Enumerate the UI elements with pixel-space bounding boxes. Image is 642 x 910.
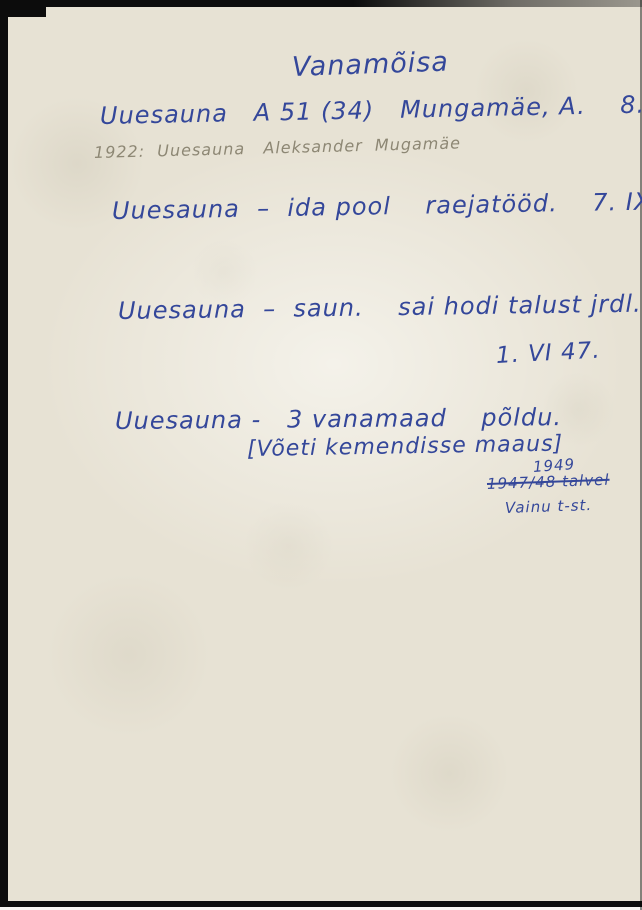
- scan-edge-top-left-corner: [0, 0, 46, 17]
- entry-note-1945: Uuesauna – ida pool raejatööd. 7. IX 45.: [112, 187, 642, 225]
- scanned-archive-card: Vanamõisa Uuesauna A 51 (34) Mungamäe, A…: [0, 0, 642, 910]
- entry-note-struck-through: 1947/48 talvel: [487, 471, 610, 493]
- entry-farm-header: Uuesauna A 51 (34) Mungamäe, A. 8.95 ha …: [100, 86, 642, 130]
- entry-note-saun-date: 1. VI 47.: [495, 338, 601, 369]
- entry-pencil-note-1922: 1922: Uuesauna Aleksander Mugamäe: [94, 133, 462, 162]
- scan-edge-left: [0, 0, 8, 910]
- scan-edge-top: [0, 0, 642, 7]
- entry-note-vainu: Vainu t-st.: [505, 496, 593, 517]
- entry-note-bracket: [Võeti kemendisse maaus]: [247, 431, 564, 462]
- entry-note-vanamaad: Uuesauna - 3 vanamaad põldu.: [115, 403, 562, 435]
- card-title: Vanamõisa: [291, 47, 449, 83]
- entry-note-saun: Uuesauna – saun. sai hodi talust jrdl.: [118, 290, 642, 325]
